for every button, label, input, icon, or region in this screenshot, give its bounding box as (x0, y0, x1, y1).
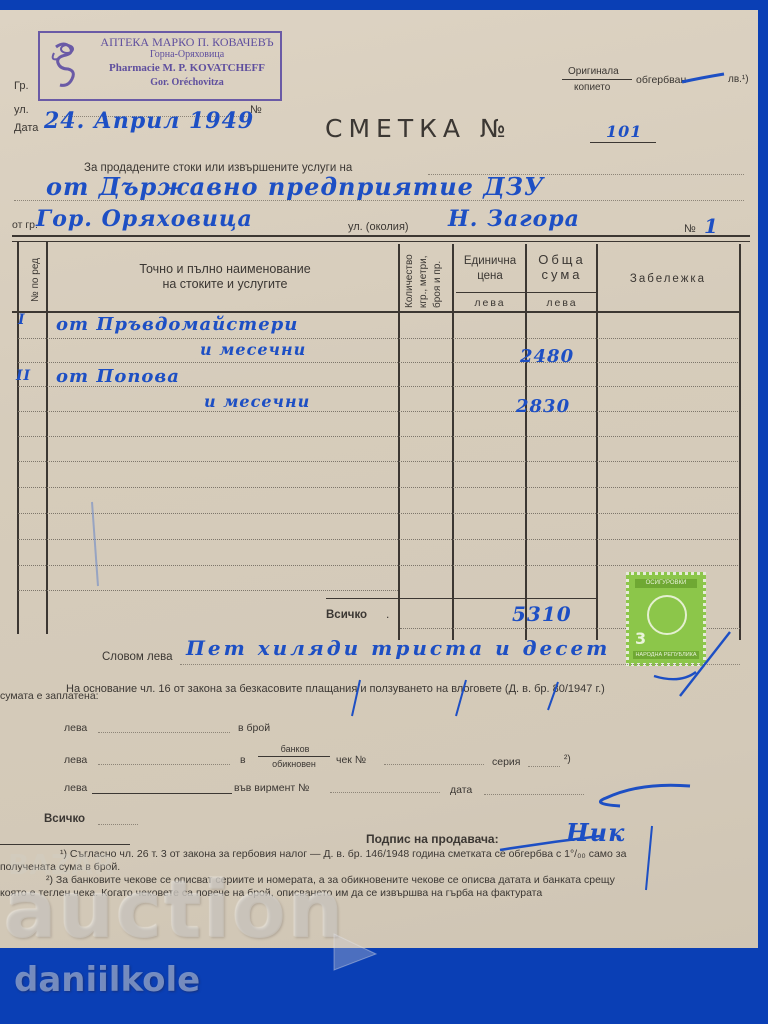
col-header-unit-price-line-1: Единична (456, 254, 524, 269)
stamp-line-2: Горна-Оряховица (98, 49, 276, 60)
pen-stroke (88, 500, 102, 590)
col-header-qty-3: броя и пр. (432, 261, 443, 308)
invoice-title-text: СМЕТКА № (325, 114, 512, 143)
in-words-slash (650, 630, 734, 702)
payment-check-number-line (384, 764, 484, 765)
payment-check-series-label: серия (492, 756, 520, 768)
row-line (18, 411, 738, 412)
legal-text-2: сумата е заплатена: (0, 690, 99, 702)
row-line (18, 362, 738, 363)
row-2-description: от Попова (56, 366, 180, 387)
col-line-0 (17, 242, 19, 634)
col-header-unit-price: Единична цена (456, 254, 524, 284)
in-words-value: Пет хиляди триста и десет (186, 636, 610, 660)
invoice-title: СМЕТКА № (325, 114, 512, 143)
payment-transfer-date-label: дата (450, 784, 472, 796)
revenue-stamp-top: ОСИГУРОВКИ (635, 579, 697, 588)
recipient-name: от Държавно предприятие ДЗУ (46, 172, 544, 201)
row-1-description: от Пръвдомайстери (56, 314, 298, 335)
col-line-6 (739, 244, 741, 640)
payment-transfer-number-line (330, 792, 440, 793)
total-row-top-line (326, 598, 596, 599)
stamped-label: обгербван (636, 74, 686, 86)
table-top-border-2 (12, 241, 750, 242)
row-line (18, 436, 738, 437)
payment-total-line (98, 824, 138, 825)
stamped-checkmark (680, 72, 726, 86)
row-1-total: 2480 (520, 346, 574, 367)
payment-cash-line (98, 732, 230, 733)
caduceus-icon (46, 41, 82, 91)
in-words-label: Словом лева (102, 651, 173, 663)
invoice-number-underline (590, 142, 656, 143)
col-header-total-line-2: сума (528, 267, 596, 282)
copy-label: копието (574, 82, 610, 93)
col-line-2 (398, 244, 400, 640)
city-label: Гр. (14, 80, 29, 92)
col-header-notes: Забележка (600, 272, 736, 287)
row-2-total: 2830 (516, 396, 570, 417)
row-1-description-2: и месечни (200, 340, 306, 359)
payment-transfer-suffix: във вирмент № (234, 782, 309, 794)
payment-check-number-label: чек № (336, 754, 366, 766)
payment-transfer-label: лева (64, 782, 87, 794)
total-value: 5310 (512, 602, 572, 626)
revenue-stamp-emblem-icon (647, 595, 687, 635)
col-header-qty-2: кгр., метри, (418, 255, 429, 308)
signature-label: Подпис на продавача: (366, 832, 499, 846)
stamp-line-1: АПТЕКА МАРКО П. КОВАЧЕВЪ (98, 35, 276, 50)
payment-check-label: лева (64, 754, 87, 766)
total-label: Всичко (326, 609, 367, 621)
stamp-line-4: Gor. Oréchovitza (98, 77, 276, 88)
date-value: 24. Април 1949 (44, 108, 254, 134)
row-1-number: I (18, 312, 26, 328)
currency-note: лв.¹) (728, 74, 749, 85)
payment-check-note: ²) (564, 754, 571, 765)
revenue-stamp-value: 3 (635, 629, 646, 648)
payment-check-bank: банков (262, 744, 328, 754)
col-header-description-line-2: на стоките и услугите (60, 277, 390, 292)
street-label: ул. (14, 104, 29, 116)
table-top-border (12, 235, 750, 237)
col-line-5 (596, 244, 598, 640)
col-header-total-line-1: Обща (528, 252, 596, 267)
col-header-description-line-1: Точно и пълно наименование (60, 262, 390, 277)
payment-check-series-line (528, 766, 560, 767)
original-label: Оригинала (568, 66, 619, 77)
col-header-row-no: № по ред (30, 258, 41, 302)
footnote-separator (0, 844, 130, 845)
row-line (18, 487, 738, 488)
payment-check-line (98, 764, 230, 765)
date-label: Дата (14, 122, 38, 134)
row-line (18, 461, 738, 462)
payment-check-prefix: в (240, 754, 246, 766)
fraction-line (562, 79, 632, 80)
recipient-number-label: № (684, 223, 696, 235)
row-2-number: II (16, 368, 31, 384)
row-line (18, 590, 398, 591)
col-header-qty-1: Количество (404, 254, 415, 308)
watermark-play-icon (330, 930, 380, 974)
pharmacy-stamp: АПТЕКА МАРКО П. КОВАЧЕВЪ Горна-Оряховица… (38, 31, 282, 101)
watermark-seller: daniilkole (14, 960, 200, 1000)
stamp-line-3: Pharmacie M. P. KOVATCHEFF (98, 62, 276, 74)
payment-cash-label: лева (64, 722, 87, 734)
footnote-1: ¹) Съгласно чл. 26 т. 3 от закона за гер… (60, 848, 626, 860)
legal-pen-marks (346, 676, 596, 720)
invoice-number: 101 (606, 122, 642, 141)
watermark-auction: auction (4, 866, 346, 956)
table-header-bottom (12, 311, 740, 313)
district-label: ул. (околия) (348, 221, 409, 233)
row-line (18, 565, 738, 566)
row-line (18, 513, 738, 514)
payment-cash-suffix: в брой (238, 722, 270, 734)
col-line-4 (525, 244, 527, 640)
district-value: Н. Загора (448, 206, 580, 232)
row-2-description-2: и месечни (204, 392, 310, 411)
total-dot: . (386, 607, 389, 621)
col-line-1 (46, 242, 48, 634)
col-header-unit-price-line-2: цена (456, 269, 524, 284)
payment-total-label: Всичко (44, 813, 85, 825)
recipient-city: Гор. Оряховица (36, 206, 253, 232)
col-line-3 (452, 244, 454, 640)
col-header-description: Точно и пълно наименование на стоките и … (60, 262, 390, 292)
payment-transfer-line (92, 793, 232, 794)
payment-check-fraction-line (258, 756, 330, 757)
row-line (18, 338, 738, 339)
row-line (18, 539, 738, 540)
col-header-total: Обща сума (528, 252, 596, 282)
col-header-total-currency: лева (528, 296, 596, 311)
from-city-label: от гр. (12, 219, 38, 231)
col-header-unit-price-currency: лева (456, 296, 524, 311)
payment-check-ordinary: обикновен (258, 759, 330, 769)
